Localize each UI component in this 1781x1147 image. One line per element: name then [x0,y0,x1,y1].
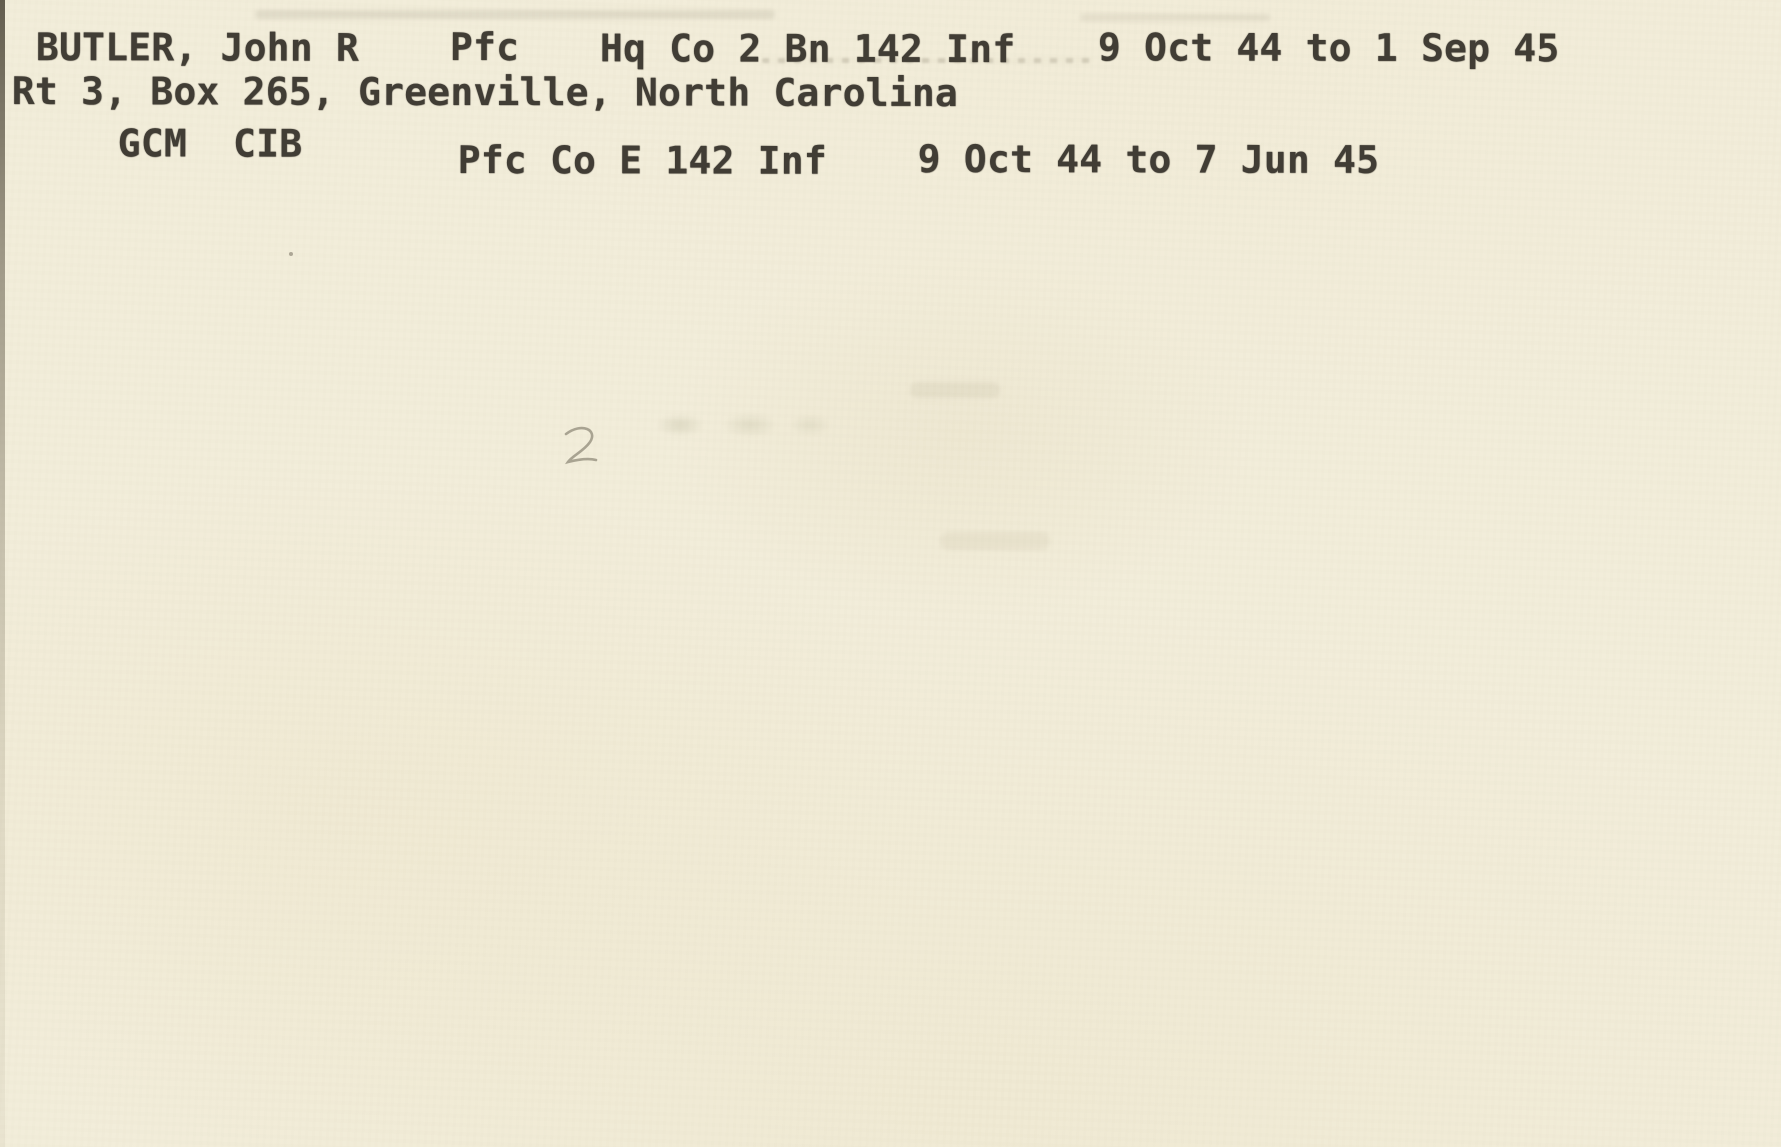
service-dates-primary: 9 Oct 44 to 1 Sep 45 [1098,28,1560,67]
soldier-rank: Pfc [450,28,519,66]
soldier-name: BUTLER, John R [36,28,359,67]
entry2-service-dates: 9 Oct 44 to 7 Jun 45 [918,140,1380,179]
entry2-rank-unit: Pfc Co E 142 Inf [458,141,827,180]
awards-decorations: GCM CIB [118,124,303,162]
service-record-card: BUTLER, John R Pfc Hq Co 2 Bn 142 Inf 9 … [0,0,1781,1147]
soldier-unit: Hq Co 2 Bn 142 Inf [600,29,1015,68]
address-line: Rt 3, Box 265, Greenville, North Carolin… [12,72,958,112]
typed-text-layer: BUTLER, John R Pfc Hq Co 2 Bn 142 Inf 9 … [0,0,1781,1147]
